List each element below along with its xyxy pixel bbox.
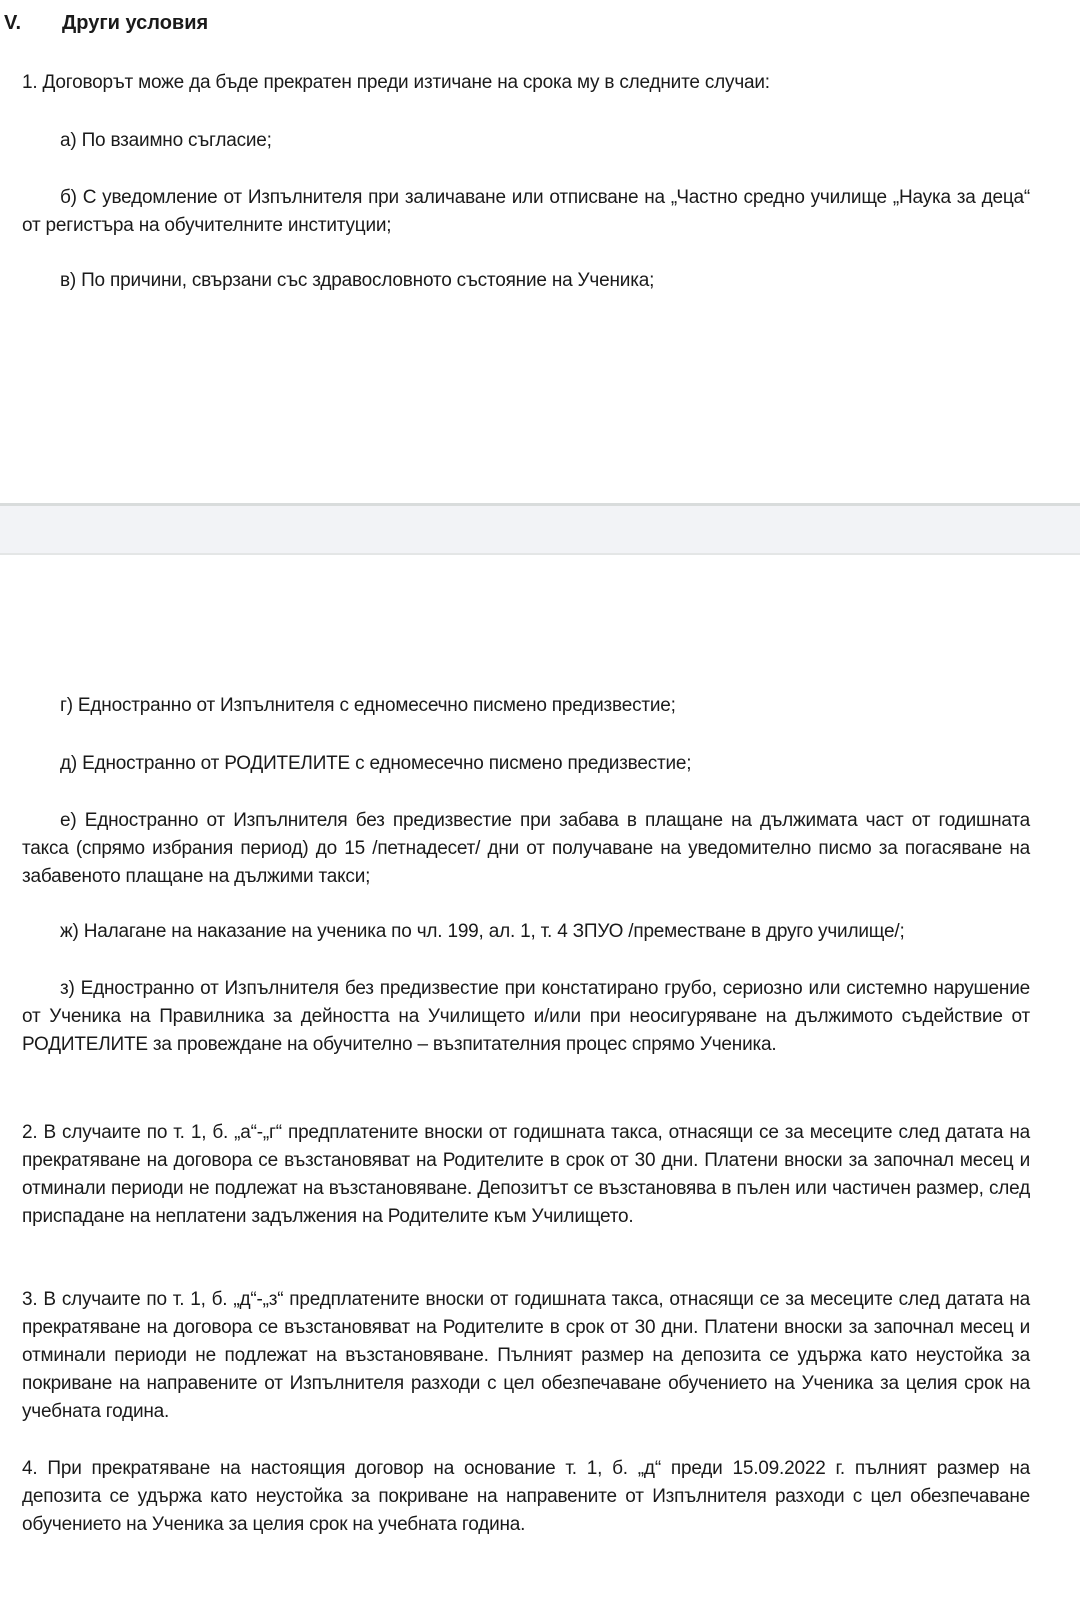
clause-1-item-e: е) Едностранно от Изпълнителя без предиз… — [22, 807, 1030, 891]
page-break — [0, 503, 1080, 555]
document-page-2: г) Едностранно от Изпълнителя с едномесе… — [0, 555, 1080, 1597]
clause-1-item-g: г) Едностранно от Изпълнителя с едномесе… — [60, 695, 676, 717]
clause-1-item-v: в) По причини, свързани със здравословно… — [60, 270, 654, 292]
section-number: V. — [4, 12, 62, 35]
clause-1-item-zh: ж) Налагане на наказание на ученика по ч… — [60, 921, 905, 943]
clause-3: 3. В случаите по т. 1, б. „д“-„з“ предпл… — [22, 1286, 1030, 1426]
section-title: Други условия — [62, 12, 208, 34]
clause-1-intro: 1. Договорът може да бъде прекратен пред… — [22, 72, 770, 94]
clause-1-item-a: а) По взаимно съгласие; — [60, 130, 272, 152]
clause-1-item-d: д) Едностранно от РОДИТЕЛИТЕ с едномесеч… — [60, 753, 691, 775]
clause-1-item-z: з) Едностранно от Изпълнителя без предиз… — [22, 975, 1030, 1059]
clause-2: 2. В случаите по т. 1, б. „а“-„г“ предпл… — [22, 1119, 1030, 1231]
clause-1-item-b: б) С уведомление от Изпълнителя при зали… — [22, 184, 1030, 240]
clause-4: 4. При прекратяване на настоящия договор… — [22, 1455, 1030, 1539]
section-heading: V.Други условия — [4, 12, 208, 35]
document-page-1: V.Други условия 1. Договорът може да бъд… — [0, 0, 1080, 503]
